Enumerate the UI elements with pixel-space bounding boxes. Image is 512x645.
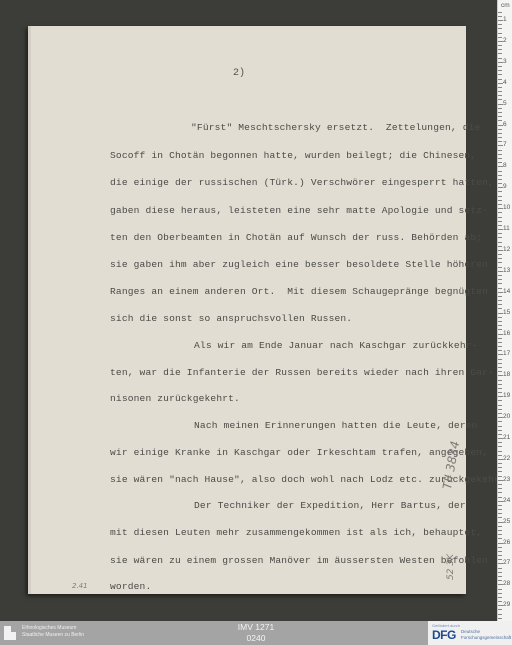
text-line: sie gaben ihm aber zugleich eine besser … bbox=[110, 259, 488, 270]
ruler-tick bbox=[498, 16, 502, 17]
ruler-mark-label: 11 bbox=[503, 225, 510, 232]
ruler-tick bbox=[498, 79, 502, 80]
ruler-mark-label: 27 bbox=[503, 559, 510, 566]
text-line: Socoff in Chotän begonnen hatte, wurden … bbox=[110, 150, 476, 161]
ruler-tick bbox=[498, 283, 502, 284]
ruler-tick bbox=[498, 409, 502, 410]
ruler-tick bbox=[498, 133, 502, 134]
text-line: die einige der russischen (Türk.) Versch… bbox=[110, 177, 494, 188]
ruler-tick bbox=[498, 601, 502, 602]
ruler-tick bbox=[498, 446, 502, 447]
text-line: Als wir am Ende Januar nach Kaschgar zur… bbox=[194, 340, 478, 351]
text-line: worden. bbox=[110, 581, 151, 592]
ruler-tick bbox=[498, 484, 502, 485]
ruler-tick bbox=[498, 572, 502, 573]
ruler-tick bbox=[498, 49, 502, 50]
ruler-tick bbox=[498, 233, 502, 234]
ruler-tick bbox=[498, 304, 502, 305]
ruler-tick bbox=[498, 300, 502, 301]
ruler-mark-label: 19 bbox=[503, 392, 510, 399]
ruler-tick bbox=[498, 388, 502, 389]
ruler-mark-label: 21 bbox=[503, 434, 510, 441]
ruler-tick bbox=[498, 221, 502, 222]
text-line: Der Techniker der Expedition, Herr Bartu… bbox=[194, 500, 466, 511]
dfg-funder-logo: Gefördert durch DFG Deutsche Forschungsg… bbox=[428, 621, 512, 645]
ruler-tick bbox=[498, 108, 502, 109]
ruler-tick bbox=[498, 321, 502, 322]
ruler-tick bbox=[498, 538, 502, 539]
ruler-tick bbox=[498, 179, 502, 180]
ruler-tick bbox=[498, 367, 502, 368]
ruler-tick bbox=[498, 430, 502, 431]
ruler-tick bbox=[498, 597, 502, 598]
text-line: mit diesen Leuten mehr zusammengekommen … bbox=[110, 527, 482, 538]
ruler-tick bbox=[498, 162, 502, 163]
ruler-tick bbox=[498, 329, 502, 330]
ruler-mark-label: 6 bbox=[503, 121, 507, 128]
ruler-mark-label: 2 bbox=[503, 37, 507, 44]
ruler-tick bbox=[498, 463, 502, 464]
ruler-mark-label: 10 bbox=[503, 204, 510, 211]
ruler-tick bbox=[498, 129, 502, 130]
ruler-mark-label: 12 bbox=[503, 246, 510, 253]
ruler-mark-label: 25 bbox=[503, 518, 510, 525]
ruler-mark-label: 5 bbox=[503, 100, 507, 107]
ruler-tick bbox=[498, 400, 502, 401]
ruler-tick bbox=[498, 91, 502, 92]
footer-bar: Ethnologisches Museum Staatliche Museen … bbox=[0, 621, 512, 645]
ruler-tick bbox=[498, 225, 502, 226]
handwritten-signature-number: 52 3K bbox=[446, 554, 456, 580]
ruler-mark-label: 14 bbox=[503, 288, 510, 295]
text-line: Nach meinen Erinnerungen hatten die Leut… bbox=[194, 420, 478, 431]
ruler-tick bbox=[498, 175, 502, 176]
measurement-ruler: cm 1234567891011121314151617181920212223… bbox=[497, 0, 512, 621]
ruler-mark-label: 20 bbox=[503, 413, 510, 420]
ruler-tick bbox=[498, 33, 502, 34]
ruler-tick bbox=[498, 526, 502, 527]
ruler-tick bbox=[498, 212, 502, 213]
ruler-mark-label: 18 bbox=[503, 371, 510, 378]
ruler-tick bbox=[498, 246, 502, 247]
ruler-tick bbox=[498, 614, 502, 615]
ruler-tick bbox=[498, 442, 502, 443]
ruler-tick bbox=[498, 137, 502, 138]
text-line: ten den Oberbeamten in Chotän auf Wunsch… bbox=[110, 232, 482, 243]
ruler-tick bbox=[498, 568, 502, 569]
ruler-tick bbox=[498, 254, 502, 255]
ruler-tick bbox=[498, 204, 502, 205]
text-line: wir einige Kranke in Kaschgar oder Irkes… bbox=[110, 447, 488, 458]
ruler-tick bbox=[498, 99, 502, 100]
ruler-tick bbox=[498, 476, 502, 477]
ruler-tick bbox=[498, 534, 502, 535]
ruler-tick bbox=[498, 325, 502, 326]
ruler-tick bbox=[498, 413, 502, 414]
ruler-tick bbox=[498, 112, 502, 113]
ruler-mark-label: 29 bbox=[503, 601, 510, 608]
ruler-tick bbox=[498, 517, 502, 518]
ruler-tick bbox=[498, 150, 502, 151]
ruler-tick bbox=[498, 171, 502, 172]
text-line: gaben diese heraus, leisteten eine sehr … bbox=[110, 205, 488, 216]
ruler-mark-label: 1 bbox=[503, 16, 507, 23]
ruler-tick bbox=[498, 58, 502, 59]
ruler-tick bbox=[498, 338, 502, 339]
text-line: sie wären zu einem grossen Manöver im äu… bbox=[110, 555, 488, 566]
ruler-tick bbox=[498, 116, 502, 117]
ruler-tick bbox=[498, 308, 502, 309]
ruler-mark-label: 22 bbox=[503, 455, 510, 462]
ruler-mark-label: 26 bbox=[503, 539, 510, 546]
ruler-tick bbox=[498, 505, 502, 506]
ruler-tick bbox=[498, 593, 502, 594]
ruler-mark-label: 17 bbox=[503, 350, 510, 357]
text-line: ten, war die Infanterie der Russen berei… bbox=[110, 367, 494, 378]
ruler-tick bbox=[498, 74, 502, 75]
ruler-tick bbox=[498, 200, 502, 201]
ruler-tick bbox=[498, 350, 502, 351]
ruler-tick bbox=[498, 434, 502, 435]
ruler-tick bbox=[498, 547, 502, 548]
ruler-tick bbox=[498, 497, 502, 498]
ruler-mark-label: 24 bbox=[503, 497, 510, 504]
ruler-tick bbox=[498, 45, 502, 46]
ruler-mark-label: 8 bbox=[503, 162, 507, 169]
ruler-tick bbox=[498, 242, 502, 243]
ruler-tick bbox=[498, 421, 502, 422]
ruler-mark-label: 16 bbox=[503, 330, 510, 337]
ruler-mark-label: 23 bbox=[503, 476, 510, 483]
ruler-tick bbox=[498, 317, 502, 318]
ruler-tick bbox=[498, 141, 502, 142]
ruler-tick bbox=[498, 279, 502, 280]
ruler-tick bbox=[498, 183, 502, 184]
ruler-tick bbox=[498, 120, 502, 121]
ruler-tick bbox=[498, 217, 502, 218]
ruler-mark-label: 15 bbox=[503, 309, 510, 316]
ruler-tick bbox=[498, 426, 502, 427]
ruler-tick bbox=[498, 513, 502, 514]
ruler-tick bbox=[498, 359, 502, 360]
ruler-tick bbox=[498, 66, 502, 67]
ruler-tick bbox=[498, 262, 502, 263]
ruler-tick bbox=[498, 288, 502, 289]
ruler-tick bbox=[498, 258, 502, 259]
ruler-tick bbox=[498, 154, 502, 155]
paper-left-edge bbox=[28, 26, 31, 594]
ruler-tick bbox=[498, 191, 502, 192]
ruler-tick bbox=[498, 87, 502, 88]
ruler-tick bbox=[498, 296, 502, 297]
ruler-tick bbox=[498, 551, 502, 552]
ruler-tick bbox=[498, 363, 502, 364]
ruler-tick bbox=[498, 559, 502, 560]
ruler-tick bbox=[498, 384, 502, 385]
ruler-tick bbox=[498, 275, 502, 276]
ruler-tick bbox=[498, 492, 502, 493]
funder-name-line2: Forschungsgemeinschaft bbox=[461, 635, 511, 641]
ruler-mark-label: 9 bbox=[503, 183, 507, 190]
ruler-tick bbox=[498, 488, 502, 489]
ruler-mark-label: 13 bbox=[503, 267, 510, 274]
ruler-tick bbox=[498, 609, 502, 610]
ruler-tick bbox=[498, 509, 502, 510]
ruler-tick bbox=[498, 455, 502, 456]
ruler-tick bbox=[498, 618, 502, 619]
text-line: sich die sonst so anspruchsvollen Russen… bbox=[110, 313, 352, 324]
ruler-tick bbox=[498, 24, 502, 25]
text-line: nisonen zurückgekehrt. bbox=[110, 393, 240, 404]
ruler-tick bbox=[498, 95, 502, 96]
ruler-tick bbox=[498, 37, 502, 38]
ruler-tick bbox=[498, 530, 502, 531]
ruler-mark-label: 28 bbox=[503, 580, 510, 587]
ruler-tick bbox=[498, 237, 502, 238]
ruler-tick bbox=[498, 451, 502, 452]
ruler-mark-label: 3 bbox=[503, 58, 507, 65]
ruler-tick bbox=[498, 158, 502, 159]
ruler-tick bbox=[498, 196, 502, 197]
ruler-tick bbox=[498, 380, 502, 381]
dfg-logo-icon: DFG bbox=[432, 628, 456, 642]
ruler-tick bbox=[498, 12, 502, 13]
ruler-tick bbox=[498, 28, 502, 29]
ruler-unit-label: cm bbox=[501, 2, 510, 9]
ruler-tick bbox=[498, 346, 502, 347]
ruler-tick bbox=[498, 576, 502, 577]
ruler-tick bbox=[498, 471, 502, 472]
ruler-mark-label: 4 bbox=[503, 79, 507, 86]
ruler-tick bbox=[498, 267, 502, 268]
page-number-label: 2) bbox=[233, 68, 245, 79]
ruler-tick bbox=[498, 467, 502, 468]
ruler-tick bbox=[498, 342, 502, 343]
funder-name: Deutsche Forschungsgemeinschaft bbox=[461, 629, 511, 640]
ruler-mark-label: 7 bbox=[503, 141, 507, 148]
ruler-tick bbox=[498, 53, 502, 54]
text-line: Ranges an einem anderen Ort. Mit diesem … bbox=[110, 286, 488, 297]
ruler-tick bbox=[498, 580, 502, 581]
ruler-tick bbox=[498, 392, 502, 393]
handwritten-corner-note: 2.41 bbox=[72, 582, 88, 590]
text-line: "Fürst" Meschtschersky ersetzt. Zettelun… bbox=[191, 122, 480, 133]
ruler-tick bbox=[498, 555, 502, 556]
ruler-tick bbox=[498, 371, 502, 372]
ruler-tick bbox=[498, 70, 502, 71]
ruler-tick bbox=[498, 405, 502, 406]
ruler-tick bbox=[498, 589, 502, 590]
